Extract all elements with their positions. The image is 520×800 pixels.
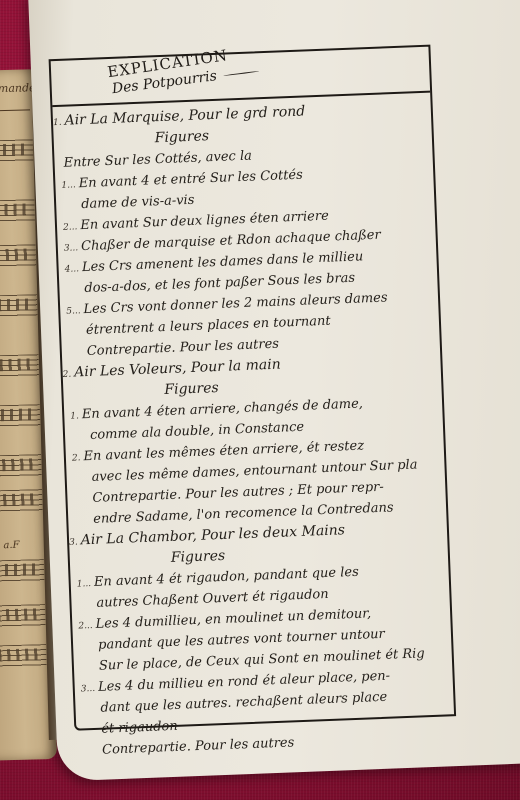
music-staff [0, 559, 44, 583]
line-number: 1. [53, 118, 62, 128]
line-number: 1... [77, 579, 92, 590]
line-text: dame de vis-a-vis [81, 193, 195, 212]
line-number: 1... [61, 180, 76, 191]
line-number: 3... [64, 243, 79, 254]
line-number: 2... [63, 222, 78, 233]
facing-page-key-marking: a.F [3, 540, 19, 551]
line-text: Contrepartie. Pour les autres [102, 735, 295, 757]
line-number: 2. [72, 453, 81, 463]
music-staff [0, 294, 37, 318]
line-number: 1. [70, 411, 79, 421]
music-staff [0, 454, 42, 478]
music-staff [0, 404, 40, 428]
line-text: Figures [154, 128, 209, 146]
facing-page-rule [0, 109, 30, 112]
line-number: 2... [78, 621, 93, 632]
facing-page-title-fragment: ...mande [0, 81, 36, 95]
manuscript-page: 3 EXPLICATION Des Potpourris 1.Air La Ma… [28, 0, 520, 781]
line-text: Figures [164, 380, 219, 398]
music-staff [0, 489, 43, 513]
page-border-frame: EXPLICATION Des Potpourris 1.Air La Marq… [49, 45, 457, 731]
music-staff [0, 604, 46, 628]
line-text: Figures [171, 548, 226, 566]
explication-text: 1.Air La Marquise, Pour le grd rondFigur… [53, 97, 456, 762]
line-number: 4... [64, 264, 79, 275]
line-number: 5... [66, 306, 81, 317]
line-number: 2. [63, 370, 72, 380]
music-staff [0, 644, 47, 668]
music-staff [0, 244, 36, 268]
line-number: 3. [69, 537, 78, 547]
music-staff [0, 354, 39, 378]
line-text: ét rigaudon [101, 719, 178, 737]
line-number: 3... [81, 684, 96, 695]
music-staff [0, 199, 35, 223]
music-staff [0, 139, 33, 163]
